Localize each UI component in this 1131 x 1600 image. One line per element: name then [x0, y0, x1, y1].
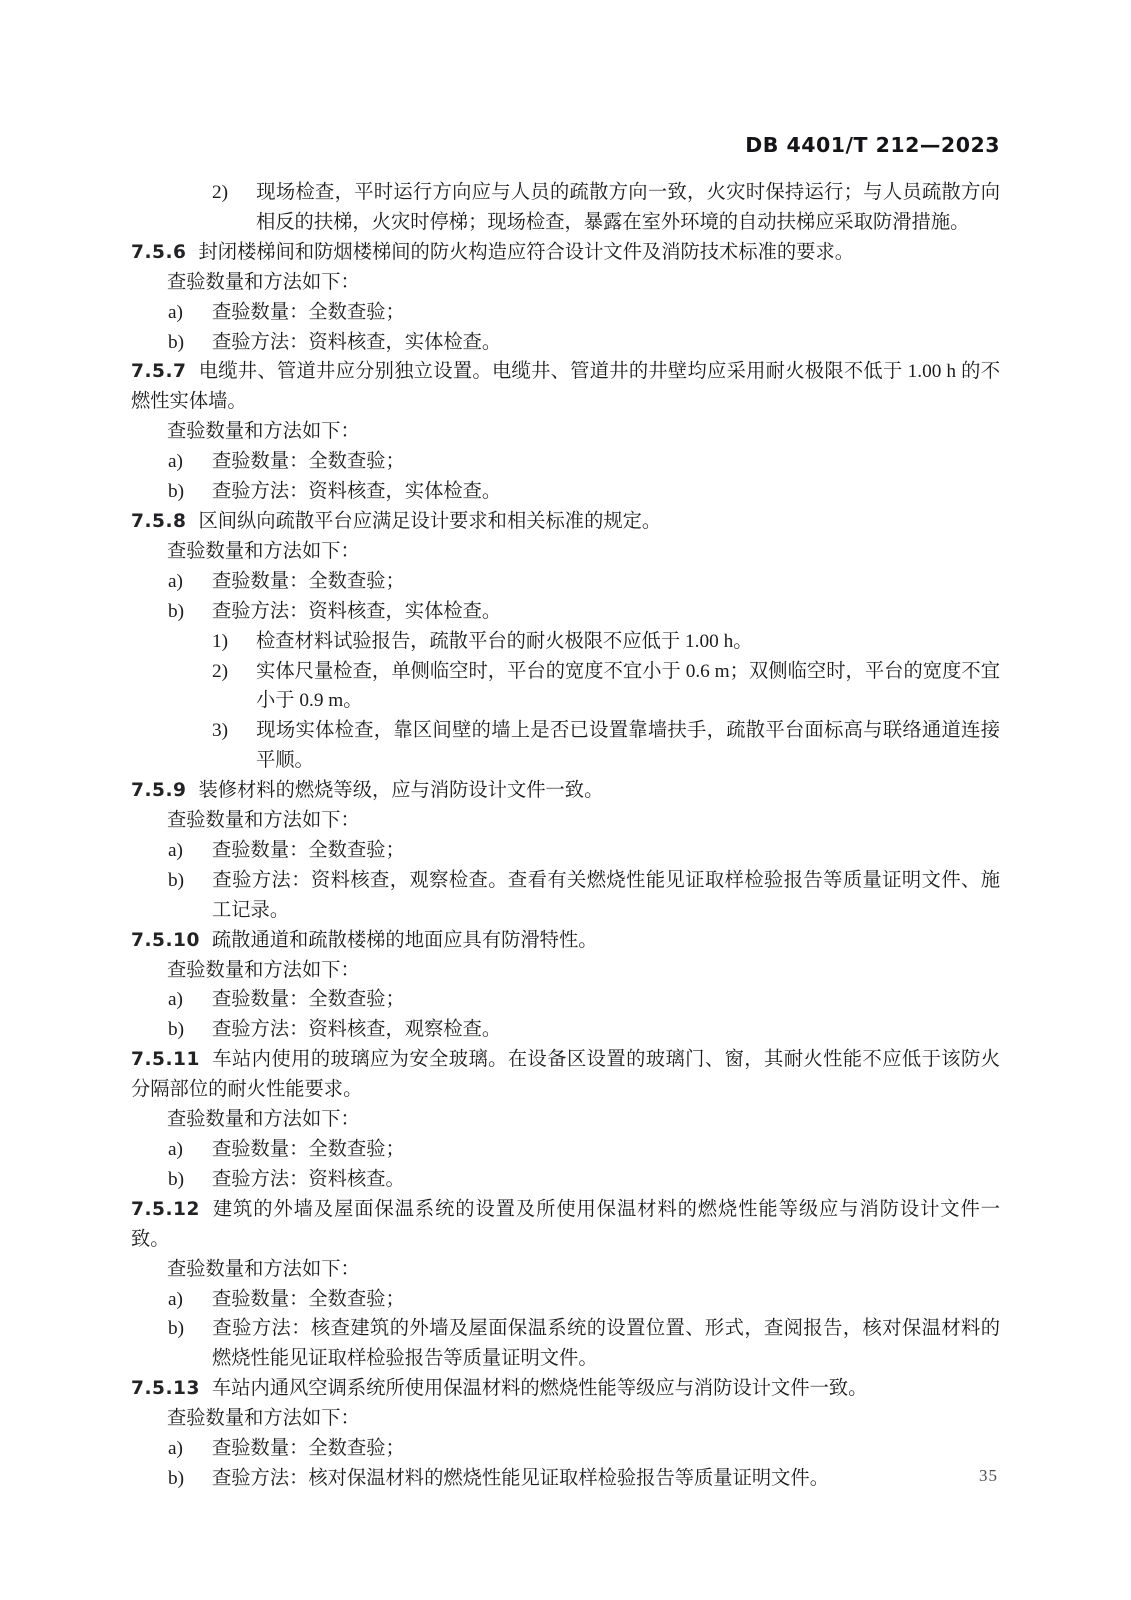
list-item-text: 查验方法：资料核查，实体检查。 — [212, 601, 501, 622]
list-item-label: a) — [168, 447, 212, 477]
standard-number-header: DB 4401/T 212—2023 — [131, 0, 1000, 158]
clause-number: 7.5.8 — [131, 511, 186, 532]
list-item-level1: a)查验数量：全数查验； — [131, 1434, 1000, 1464]
list-item-text: 查验数量：全数查验； — [212, 1438, 405, 1459]
list-item-text: 查验数量：全数查验； — [212, 1289, 405, 1310]
list-item-text: 查验方法：核查建筑的外墙及屋面保温系统的设置位置、形式，查阅报告，核对保温材料的… — [212, 1318, 1000, 1369]
list-item-label: 3) — [212, 716, 256, 746]
list-item-label: b) — [168, 328, 212, 358]
list-item-level1: a)查验数量：全数查验； — [131, 447, 1000, 477]
check-method-heading-text: 查验数量和方法如下： — [167, 1109, 360, 1130]
clause-text: 建筑的外墙及屋面保温系统的设置及所使用保温材料的燃烧性能等级应与消防设计文件一致… — [131, 1199, 1000, 1250]
list-item-label: a) — [168, 567, 212, 597]
clause-number: 7.5.11 — [131, 1049, 200, 1070]
clause-text: 车站内通风空调系统所使用保温材料的燃烧性能等级应与消防设计文件一致。 — [212, 1378, 868, 1399]
clause-number: 7.5.6 — [131, 242, 186, 263]
list-item-text: 查验数量：全数查验； — [212, 571, 405, 592]
list-item-level1: a)查验数量：全数查验； — [131, 985, 1000, 1015]
list-item-text: 查验方法：资料核查，实体检查。 — [212, 481, 501, 502]
clause-text: 区间纵向疏散平台应满足设计要求和相关标准的规定。 — [198, 511, 661, 532]
check-method-heading: 查验数量和方法如下： — [131, 537, 1000, 567]
check-method-heading-text: 查验数量和方法如下： — [167, 272, 360, 293]
list-item-level2: 1)检查材料试验报告，疏散平台的耐火极限不应低于 1.00 h。 — [131, 627, 1000, 657]
list-item-label: b) — [168, 866, 212, 896]
check-method-heading-text: 查验数量和方法如下： — [167, 541, 360, 562]
clause-number: 7.5.13 — [131, 1378, 200, 1399]
list-item-text: 查验数量：全数查验； — [212, 1139, 405, 1160]
list-item-label: b) — [168, 1314, 212, 1344]
check-method-heading-text: 查验数量和方法如下： — [167, 1259, 360, 1280]
list-item-label: b) — [168, 1464, 212, 1494]
clause-text: 疏散通道和疏散楼梯的地面应具有防滑特性。 — [212, 930, 598, 951]
clause-paragraph: 7.5.6封闭楼梯间和防烟楼梯间的防火构造应符合设计文件及消防技术标准的要求。 — [131, 238, 1000, 268]
list-item-text: 查验方法：核对保温材料的燃烧性能见证取样检验报告等质量证明文件。 — [212, 1468, 829, 1489]
clause-paragraph: 7.5.13车站内通风空调系统所使用保温材料的燃烧性能等级应与消防设计文件一致。 — [131, 1374, 1000, 1404]
list-item-label: b) — [168, 597, 212, 627]
list-item-text: 查验数量：全数查验； — [212, 302, 405, 323]
clause-text: 车站内使用的玻璃应为安全玻璃。在设备区设置的玻璃门、窗，其耐火性能不应低于该防火… — [131, 1049, 1000, 1100]
clause-number: 7.5.10 — [131, 930, 200, 951]
check-method-heading: 查验数量和方法如下： — [131, 806, 1000, 836]
list-item-label: a) — [168, 985, 212, 1015]
check-method-heading: 查验数量和方法如下： — [131, 1404, 1000, 1434]
list-item-text: 查验数量：全数查验； — [212, 989, 405, 1010]
list-item-label: a) — [168, 1434, 212, 1464]
page-number: 35 — [979, 1466, 998, 1486]
list-item-level1: b)查验方法：资料核查，观察检查。查看有关燃烧性能见证取样检验报告等质量证明文件… — [131, 866, 1000, 926]
clause-paragraph: 7.5.7电缆井、管道井应分别独立设置。电缆井、管道井的井壁均应采用耐火极限不低… — [131, 357, 1000, 417]
clause-number: 7.5.9 — [131, 780, 186, 801]
clause-text: 电缆井、管道井应分别独立设置。电缆井、管道井的井壁均应采用耐火极限不低于 1.0… — [131, 361, 1000, 412]
clause-paragraph: 7.5.8区间纵向疏散平台应满足设计要求和相关标准的规定。 — [131, 507, 1000, 537]
list-item-text: 查验方法：资料核查，观察检查。查看有关燃烧性能见证取样检验报告等质量证明文件、施… — [212, 870, 1000, 921]
list-item-text: 查验方法：资料核查，实体检查。 — [212, 332, 501, 353]
list-item-label: a) — [168, 836, 212, 866]
check-method-heading: 查验数量和方法如下： — [131, 956, 1000, 986]
document-page: DB 4401/T 212—2023 2)现场检查，平时运行方向应与人员的疏散方… — [0, 0, 1131, 1600]
list-item-level1: b)查验方法：核对保温材料的燃烧性能见证取样检验报告等质量证明文件。 — [131, 1464, 1000, 1494]
list-item-label: 1) — [212, 627, 256, 657]
clause-paragraph: 7.5.9装修材料的燃烧等级，应与消防设计文件一致。 — [131, 776, 1000, 806]
clause-text: 封闭楼梯间和防烟楼梯间的防火构造应符合设计文件及消防技术标准的要求。 — [198, 242, 854, 263]
list-item-label: 2) — [212, 178, 256, 208]
list-item-label: a) — [168, 298, 212, 328]
check-method-heading: 查验数量和方法如下： — [131, 1105, 1000, 1135]
clause-paragraph: 7.5.10疏散通道和疏散楼梯的地面应具有防滑特性。 — [131, 926, 1000, 956]
clause-number: 7.5.7 — [131, 361, 186, 382]
check-method-heading-text: 查验数量和方法如下： — [167, 421, 360, 442]
list-item-label: b) — [168, 1165, 212, 1195]
list-item-label: a) — [168, 1135, 212, 1165]
list-item-level1: b)查验方法：核查建筑的外墙及屋面保温系统的设置位置、形式，查阅报告，核对保温材… — [131, 1314, 1000, 1374]
check-method-heading-text: 查验数量和方法如下： — [167, 810, 360, 831]
check-method-heading: 查验数量和方法如下： — [131, 417, 1000, 447]
list-item-level1: a)查验数量：全数查验； — [131, 567, 1000, 597]
list-item-level1: b)查验方法：资料核查，观察检查。 — [131, 1015, 1000, 1045]
clause-paragraph: 7.5.11车站内使用的玻璃应为安全玻璃。在设备区设置的玻璃门、窗，其耐火性能不… — [131, 1045, 1000, 1105]
list-item-text: 查验方法：资料核查，观察检查。 — [212, 1019, 501, 1040]
check-method-heading-text: 查验数量和方法如下： — [167, 960, 360, 981]
list-item-text: 查验数量：全数查验； — [212, 840, 405, 861]
list-item-text: 实体尺量检查，单侧临空时，平台的宽度不宜小于 0.6 m；双侧临空时，平台的宽度… — [256, 661, 1000, 712]
list-item-level1: b)查验方法：资料核查，实体检查。 — [131, 477, 1000, 507]
list-item-level1: a)查验数量：全数查验； — [131, 1285, 1000, 1315]
list-item-label: 2) — [212, 657, 256, 687]
list-item-level2: 3)现场实体检查，靠区间壁的墙上是否已设置靠墙扶手，疏散平台面标高与联络通道连接… — [131, 716, 1000, 776]
check-method-heading: 查验数量和方法如下： — [131, 268, 1000, 298]
document-body: 2)现场检查，平时运行方向应与人员的疏散方向一致，火灾时保持运行；与人员疏散方向… — [131, 178, 1000, 1494]
clause-number: 7.5.12 — [131, 1199, 200, 1220]
list-item-text: 查验数量：全数查验； — [212, 451, 405, 472]
list-item-level2: 2)实体尺量检查，单侧临空时，平台的宽度不宜小于 0.6 m；双侧临空时，平台的… — [131, 657, 1000, 717]
list-item-level1: b)查验方法：资料核查，实体检查。 — [131, 597, 1000, 627]
clause-paragraph: 7.5.12建筑的外墙及屋面保温系统的设置及所使用保温材料的燃烧性能等级应与消防… — [131, 1195, 1000, 1255]
list-item-label: b) — [168, 1015, 212, 1045]
list-item-text: 检查材料试验报告，疏散平台的耐火极限不应低于 1.00 h。 — [256, 631, 753, 652]
clause-text: 装修材料的燃烧等级，应与消防设计文件一致。 — [198, 780, 603, 801]
list-item-label: a) — [168, 1285, 212, 1315]
list-item-text: 查验方法：资料核查。 — [212, 1169, 405, 1190]
check-method-heading: 查验数量和方法如下： — [131, 1255, 1000, 1285]
list-item-level2: 2)现场检查，平时运行方向应与人员的疏散方向一致，火灾时保持运行；与人员疏散方向… — [131, 178, 1000, 238]
list-item-level1: b)查验方法：资料核查，实体检查。 — [131, 328, 1000, 358]
list-item-level1: a)查验数量：全数查验； — [131, 1135, 1000, 1165]
list-item-level1: b)查验方法：资料核查。 — [131, 1165, 1000, 1195]
list-item-text: 现场检查，平时运行方向应与人员的疏散方向一致，火灾时保持运行；与人员疏散方向相反… — [256, 182, 1000, 233]
check-method-heading-text: 查验数量和方法如下： — [167, 1408, 360, 1429]
list-item-level1: a)查验数量：全数查验； — [131, 836, 1000, 866]
list-item-text: 现场实体检查，靠区间壁的墙上是否已设置靠墙扶手，疏散平台面标高与联络通道连接平顺… — [256, 720, 1000, 771]
list-item-label: b) — [168, 477, 212, 507]
list-item-level1: a)查验数量：全数查验； — [131, 298, 1000, 328]
